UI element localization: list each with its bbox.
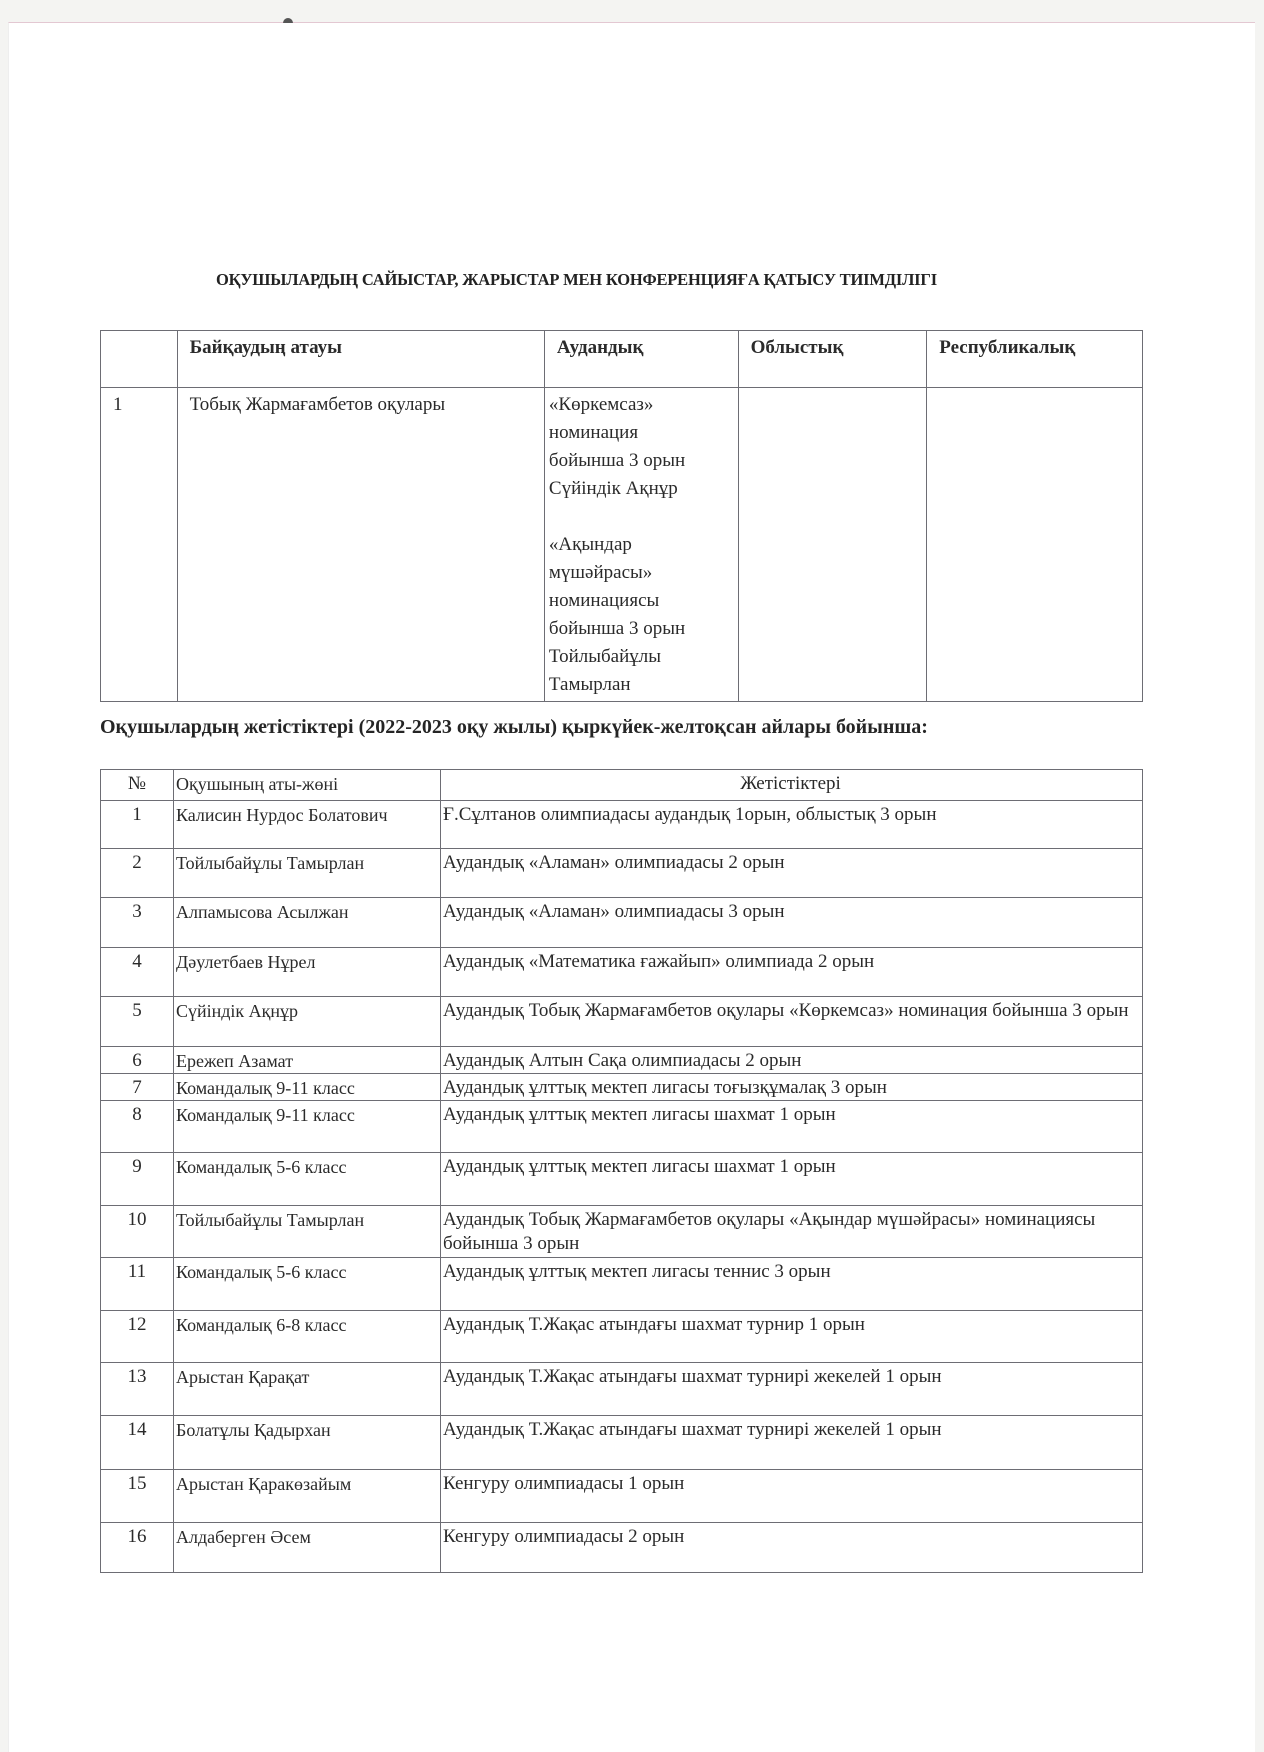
student-name: Алпамысова Асылжан (174, 898, 441, 948)
row-number: 8 (101, 1101, 174, 1153)
row-number: 2 (101, 849, 174, 898)
achievement: Аудандық «Аламан» олимпиадасы 2 орын (441, 849, 1143, 898)
table-row: 11Командалық 5-6 классАудандық ұлттық ме… (101, 1258, 1143, 1311)
row-number: 3 (101, 898, 174, 948)
achievement: Аудандық ұлттық мектеп лигасы тоғызқұмал… (441, 1074, 1143, 1101)
competition-table: Байқаудың атауы Аудандық Облыстық Респуб… (100, 330, 1143, 702)
achievements-subtitle: Оқушылардың жетістіктері (2022-2023 оқу … (100, 716, 928, 739)
student-name: Командалық 9-11 класс (174, 1101, 441, 1153)
table-row: 16Алдаберген ӘсемКенгуру олимпиадасы 2 о… (101, 1523, 1143, 1573)
table-row: 8Командалық 9-11 классАудандық ұлттық ме… (101, 1101, 1143, 1153)
student-name: Дәулетбаев Нұрел (174, 948, 441, 997)
student-name: Тойлыбайұлы Тамырлан (174, 1206, 441, 1258)
achievements-table: № Оқушының аты-жөні Жетістіктері 1Калиси… (100, 769, 1143, 1573)
row-number: 13 (101, 1363, 174, 1416)
district-award-line: мүшәйрасы» (549, 559, 734, 587)
student-name: Болатұлы Қадырхан (174, 1416, 441, 1470)
row-number: 14 (101, 1416, 174, 1470)
table-row: 5Сүйіндік АқнұрАудандық Тобық Жармағамбе… (101, 997, 1143, 1047)
student-name: Алдаберген Әсем (174, 1523, 441, 1573)
table-row: 10Тойлыбайұлы ТамырланАудандық Тобық Жар… (101, 1206, 1143, 1258)
student-name: Арыстан Қарақат (174, 1363, 441, 1416)
district-award-line: номинациясы (549, 587, 734, 615)
achievement: Ғ.Сұлтанов олимпиадасы аудандық 1орын, о… (441, 801, 1143, 849)
achievement: Аудандық Т.Жақас атындағы шахмат турнирі… (441, 1363, 1143, 1416)
achievement: Аудандық Алтын Сақа олимпиадасы 2 орын (441, 1047, 1143, 1074)
table-row: 13Арыстан ҚарақатАудандық Т.Жақас атында… (101, 1363, 1143, 1416)
row-number: 9 (101, 1153, 174, 1206)
row-number: 6 (101, 1047, 174, 1074)
row-number: 15 (101, 1470, 174, 1523)
student-name: Тойлыбайұлы Тамырлан (174, 849, 441, 898)
table-row: 14Болатұлы ҚадырханАудандық Т.Жақас атын… (101, 1416, 1143, 1470)
republic-results (927, 388, 1143, 702)
district-award-line: номинация (549, 419, 734, 447)
competition-table-header: Байқаудың атауы Аудандық Облыстық Респуб… (101, 331, 1143, 388)
achievement: Аудандық Тобық Жармағамбетов оқулары «Ақ… (441, 1206, 1143, 1258)
row-number: 16 (101, 1523, 174, 1573)
student-name: Сүйіндік Ақнұр (174, 997, 441, 1047)
achievements-table-header: № Оқушының аты-жөні Жетістіктері (101, 770, 1143, 801)
achievement: Аудандық Т.Жақас атындағы шахмат турнирі… (441, 1416, 1143, 1470)
table-row: 1Тобық Жармағамбетов оқулары«Көркемсаз»н… (101, 388, 1143, 702)
header-achievements: Жетістіктері (441, 770, 1143, 801)
table-row: 1Калисин Нурдос БолатовичҒ.Сұлтанов олим… (101, 801, 1143, 849)
table-row: 3Алпамысова АсылжанАудандық «Аламан» оли… (101, 898, 1143, 948)
district-award-line: Тамырлан (549, 671, 734, 699)
table-row: 15Арыстан ҚаракөзайымКенгуру олимпиадасы… (101, 1470, 1143, 1523)
achievement: Аудандық ұлттық мектеп лигасы теннис 3 о… (441, 1258, 1143, 1311)
student-name: Командалық 9-11 класс (174, 1074, 441, 1101)
district-award-line: «Көркемсаз» (549, 391, 734, 419)
spacer (549, 503, 734, 531)
header-republic: Республикалық (927, 331, 1143, 388)
achievement: Аудандық Т.Жақас атындағы шахмат турнир … (441, 1311, 1143, 1363)
table-row: 2Тойлыбайұлы ТамырланАудандық «Аламан» о… (101, 849, 1143, 898)
row-number: 4 (101, 948, 174, 997)
achievement: Аудандық ұлттық мектеп лигасы шахмат 1 о… (441, 1101, 1143, 1153)
district-award-line: бойынша 3 орын (549, 615, 734, 643)
row-number: 5 (101, 997, 174, 1047)
row-number: 7 (101, 1074, 174, 1101)
table-row: 6Ережеп АзаматАудандық Алтын Сақа олимпи… (101, 1047, 1143, 1074)
district-award-line: Тойлыбайұлы (549, 643, 734, 671)
district-award-line: «Ақындар (549, 531, 734, 559)
header-student-name: Оқушының аты-жөні (174, 770, 441, 801)
header-number: № (101, 770, 174, 801)
achievement: Кенгуру олимпиадасы 2 орын (441, 1523, 1143, 1573)
table-row: 9Командалық 5-6 классАудандық ұлттық мек… (101, 1153, 1143, 1206)
achievement: Кенгуру олимпиадасы 1 орын (441, 1470, 1143, 1523)
table-row: 4Дәулетбаев НұрелАудандық «Математика ға… (101, 948, 1143, 997)
achievement: Аудандық Тобық Жармағамбетов оқулары «Кө… (441, 997, 1143, 1047)
header-number (101, 331, 178, 388)
header-district: Аудандық (544, 331, 738, 388)
row-number: 10 (101, 1206, 174, 1258)
competition-name: Тобық Жармағамбетов оқулары (177, 388, 544, 702)
achievement: Аудандық «Аламан» олимпиадасы 3 орын (441, 898, 1143, 948)
achievement: Аудандық ұлттық мектеп лигасы шахмат 1 о… (441, 1153, 1143, 1206)
header-regional: Облыстық (738, 331, 927, 388)
student-name: Командалық 5-6 класс (174, 1153, 441, 1206)
row-number: 1 (101, 801, 174, 849)
header-competition-name: Байқаудың атауы (177, 331, 544, 388)
scan-artifact (283, 18, 293, 23)
table-row: 12Командалық 6-8 классАудандық Т.Жақас а… (101, 1311, 1143, 1363)
district-award-line: бойынша 3 орын (549, 447, 734, 475)
student-name: Ережеп Азамат (174, 1047, 441, 1074)
achievement: Аудандық «Математика ғажайып» олимпиада … (441, 948, 1143, 997)
district-award-line: Сүйіндік Ақнұр (549, 475, 734, 503)
document-title: ОҚУШЫЛАРДЫҢ САЙЫСТАР, ЖАРЫСТАР МЕН КОНФЕ… (216, 270, 937, 290)
row-number: 1 (101, 388, 178, 702)
row-number: 11 (101, 1258, 174, 1311)
regional-results (738, 388, 927, 702)
student-name: Командалық 5-6 класс (174, 1258, 441, 1311)
student-name: Калисин Нурдос Болатович (174, 801, 441, 849)
district-results: «Көркемсаз»номинациябойынша 3 орынСүйінд… (544, 388, 738, 702)
table-row: 7Командалық 9-11 классАудандық ұлттық ме… (101, 1074, 1143, 1101)
student-name: Арыстан Қаракөзайым (174, 1470, 441, 1523)
student-name: Командалық 6-8 класс (174, 1311, 441, 1363)
row-number: 12 (101, 1311, 174, 1363)
